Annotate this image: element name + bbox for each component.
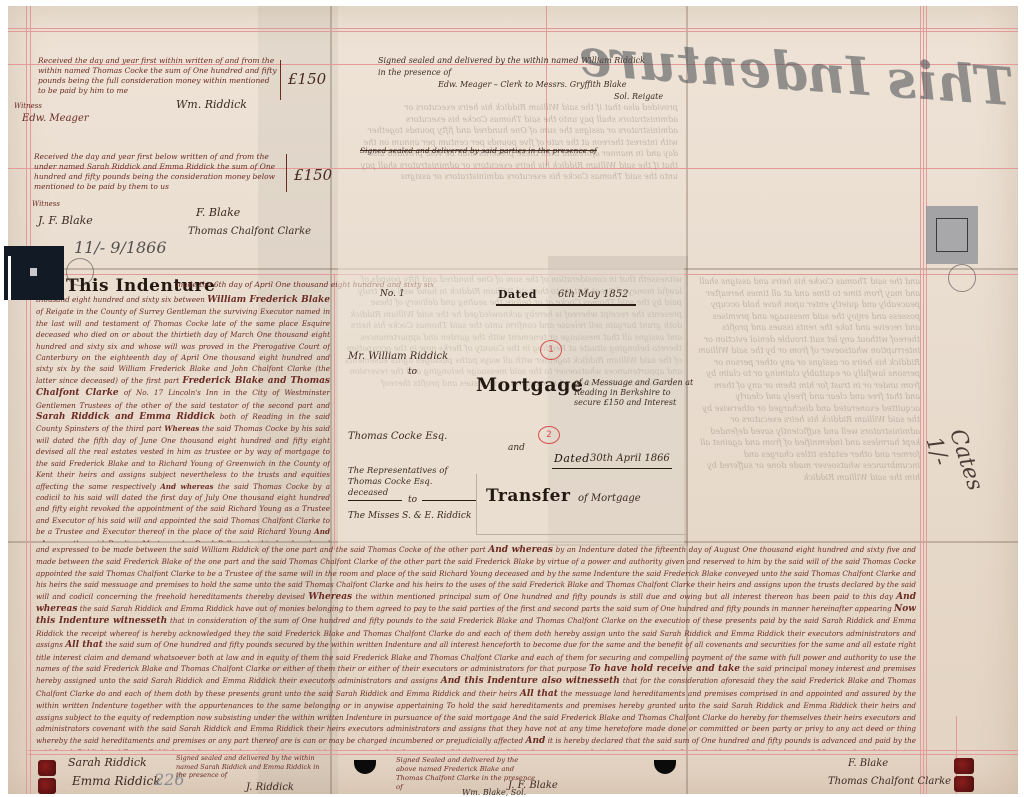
margin-rule [926, 6, 927, 794]
witness-signature-middle-2: Wm. Blake, Sol. [462, 788, 526, 797]
margin-rule [28, 750, 1018, 751]
mortgagee-name: Thomas Cocke Esq. [348, 430, 447, 444]
pencil-circle-2: 2 [538, 426, 560, 444]
receipt-bracket [286, 154, 287, 192]
witness-signature-left: J. Riddick [246, 782, 294, 793]
bleed-through-text: provided also that if the said William R… [358, 102, 678, 262]
wax-seal [38, 778, 56, 794]
transfer-title-suffix: of Mortgage [578, 492, 641, 506]
endorsement-conjunction: to [408, 366, 417, 378]
mortgagor-name: Mr. William Riddick [348, 350, 448, 364]
seal-mark [654, 760, 676, 774]
witness-signature: J. F. Blake [38, 214, 93, 227]
dated-value-1866: 30th April 1866 [590, 452, 670, 466]
wax-seal [954, 758, 974, 774]
receipt-signature-clarke: Thomas Chalfont Clarke [188, 226, 311, 237]
receipt-signature-blake: F. Blake [196, 206, 240, 219]
wax-seal [38, 760, 56, 776]
indenture-body-left: thousand eight hundred and sixty six bet… [36, 294, 330, 542]
receipt-top-text: Received the day and year first within w… [38, 56, 278, 97]
endorsement-number: No. 1 [380, 288, 405, 300]
receipt-top-amount: £150 [288, 70, 326, 88]
divider [422, 500, 476, 501]
date-underline [552, 468, 672, 469]
witness-label: Witness [14, 102, 42, 111]
margin-rule [920, 6, 921, 794]
margin-rule [8, 31, 1018, 32]
transfer-to: to [408, 494, 417, 506]
signature-thomas-chalfont-clarke: Thomas Chalfont Clarke [828, 776, 951, 787]
divider [348, 500, 402, 501]
endorsement-and: and [508, 442, 525, 454]
embossed-stamp [948, 264, 976, 292]
wax-seal [954, 776, 974, 792]
transferee-name: The Misses S. & E. Riddick [348, 510, 471, 522]
receipt-second-text: Received the day and year first below wr… [34, 152, 284, 193]
redaction-edge [8, 256, 11, 300]
margin-rule [334, 274, 335, 550]
signature-sarah-riddick: Sarah Riddick [68, 756, 147, 769]
witness-label: Witness [32, 200, 60, 209]
bleed-through-text: and the said Thomas Cocke his heirs and … [698, 276, 920, 536]
redaction-mark [30, 268, 37, 276]
transfer-title: Transfer [486, 486, 570, 506]
witness-signature: Edw. Meager [22, 112, 89, 126]
receipt-top-signature: Wm. Riddick [176, 98, 247, 111]
transferor-name: The Representatives of Thomas Cocke Esq.… [348, 466, 448, 499]
pencil-circle-1: 1 [540, 340, 562, 360]
mortgage-description: of a Messuage and Garden at Reading in B… [574, 378, 694, 408]
mortgage-title: Mortgage [476, 374, 583, 396]
indenture-body-lower: and expressed to be made between the sai… [36, 544, 916, 750]
dated-label-1852: Dated [498, 288, 537, 301]
signature-emma-riddick: Emma Riddick [72, 774, 161, 788]
margin-rule [8, 28, 1018, 29]
attestation-left: Signed sealed and delivered by the withi… [176, 754, 326, 780]
margin-note-cates: Cates 1/- [920, 426, 987, 501]
signature-f-blake: F. Blake [848, 758, 888, 769]
receipt-second-amount: £150 [294, 166, 332, 184]
dated-value-1852: 6th May 1852 [558, 288, 628, 302]
revenue-stamp-inner [936, 218, 968, 252]
panel-rule [476, 474, 477, 534]
receipt-bracket [280, 60, 281, 100]
panel-rule [476, 534, 686, 535]
pencil-note: 11/- 9/1866 [74, 238, 167, 257]
date-underline [496, 304, 636, 306]
deed-sheet: Received the day and year first within w… [8, 6, 1018, 794]
seal-mark [354, 760, 376, 774]
signed-sealed-line-2: in the presence of [378, 68, 451, 79]
margin-rule [923, 6, 924, 794]
redaction-box [4, 246, 64, 300]
dated-label-1866: Dated [554, 452, 590, 465]
